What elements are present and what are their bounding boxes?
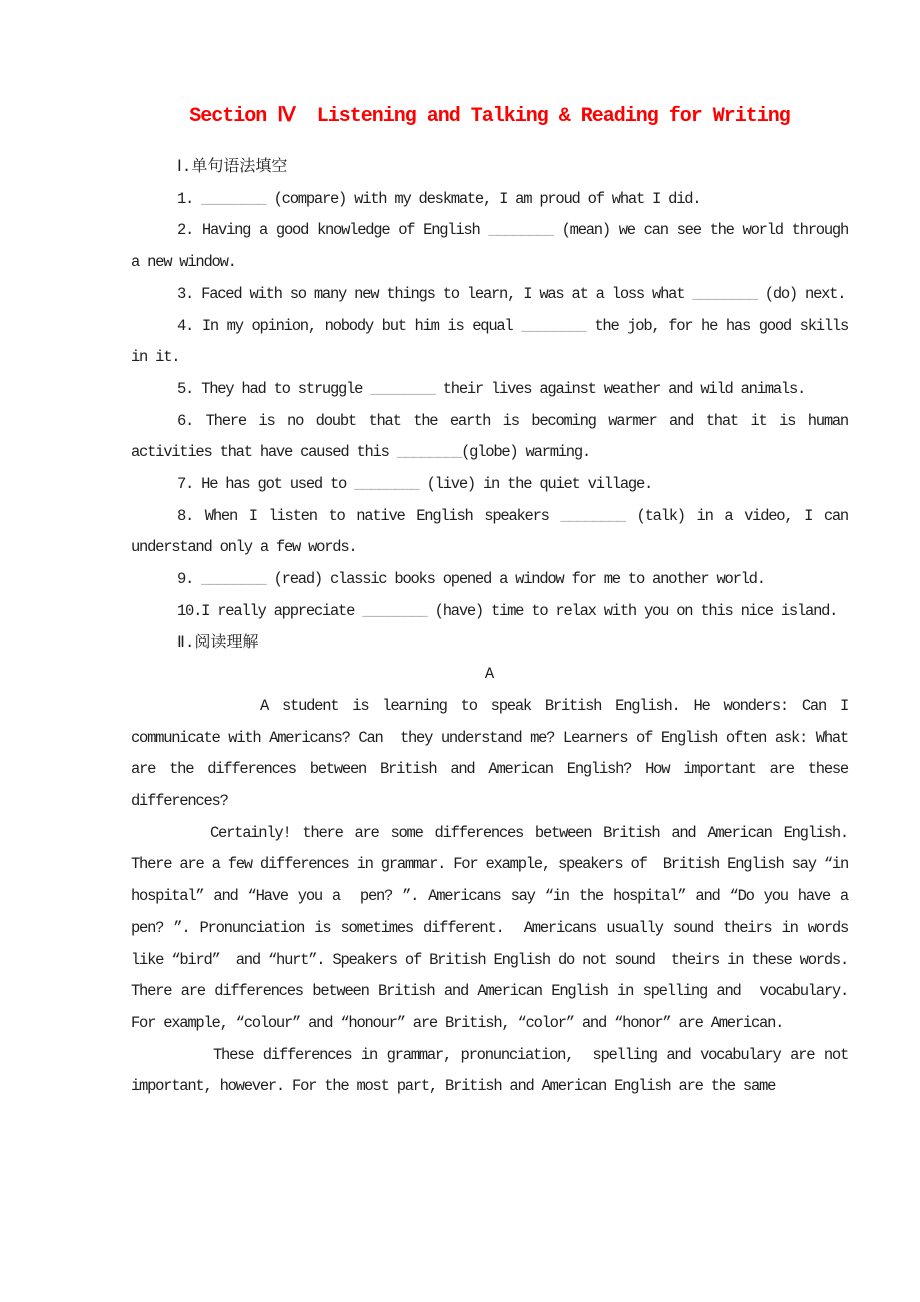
blank-line: ________ [521,317,585,335]
exercise-item-3: 3. Faced with so many new things to lear… [131,279,848,311]
exercise-item-2: 2. Having a good knowledge of English __… [131,215,848,278]
section2-heading: Ⅱ.阅读理解 [131,628,848,660]
exercise-item-4: 4. In my opinion, nobody but him is equa… [131,311,848,374]
passage-label: A [131,659,848,691]
section1-heading: Ⅰ.单句语法填空 [131,152,848,184]
passage-paragraph-1: A student is learning to speak British E… [131,691,848,818]
exercise-item-8: 8. When I listen to native English speak… [131,501,848,564]
blank-line: ________ [397,443,461,461]
exercise-item-9: 9. ________ (read) classic books opened … [131,564,848,596]
blank-line: ________ [362,602,426,620]
blank-line: ________ [692,285,756,303]
page-title: Section Ⅳ Listening and Talking & Readin… [131,102,848,132]
document-page: Section Ⅳ Listening and Talking & Readin… [0,0,920,1302]
blank-line: ________ [488,221,552,239]
exercise-item-6: 6. There is no doubt that the earth is b… [131,406,848,469]
blank-line: ________ [560,507,624,525]
exercise-item-1: 1. ________ (compare) with my deskmate, … [131,184,848,216]
blank-line: ________ [201,570,265,588]
passage-paragraph-3: These differences in grammar, pronunciat… [131,1040,848,1103]
exercise-item-10: 10.I really appreciate ________ (have) t… [131,596,848,628]
blank-line: ________ [370,380,434,398]
exercise-item-7: 7. He has got used to ________ (live) in… [131,469,848,501]
blank-line: ________ [354,475,418,493]
exercise-item-5: 5. They had to struggle ________ their l… [131,374,848,406]
passage-paragraph-2: Certainly! there are some differences be… [131,818,848,1040]
blank-line: ________ [201,190,265,208]
